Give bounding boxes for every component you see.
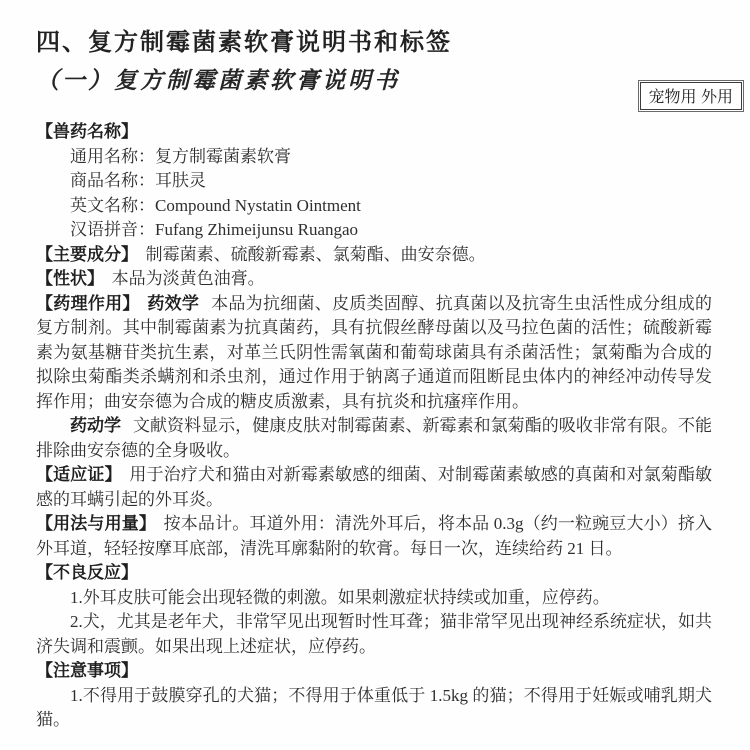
section-label-indications: 【适应证】 xyxy=(36,465,122,484)
section-label-drug-name: 【兽药名称】 xyxy=(36,122,138,141)
section-label-character: 【性状】 xyxy=(36,269,104,288)
drug-name-trade: 商品名称：耳肤灵 xyxy=(36,169,712,194)
section-label-adverse: 【不良反应】 xyxy=(36,563,138,582)
section-label-pharmacology: 【药理作用】 xyxy=(36,294,140,313)
indications-text: 用于治疗犬和猫由对新霉素敏感的细菌、对制霉菌素敏感的真菌和对氯菊酯敏感的耳螨引起… xyxy=(36,465,712,509)
section-pharmacology: 【药理作用】药效学本品为抗细菌、皮质类固醇、抗真菌以及抗寄生虫活性成分组成的复方… xyxy=(36,292,712,415)
section-label-precautions: 【注意事项】 xyxy=(36,661,138,680)
document-page: 四、复方制霉菌素软膏说明书和标签 （一）复方制霉菌素软膏说明书 宠物用 外用 【… xyxy=(0,0,750,750)
pharmacokinetics-label: 药动学 xyxy=(70,416,121,435)
subsection-title: （一）复方制霉菌素软膏说明书 xyxy=(36,64,712,98)
drug-name-pinyin: 汉语拼音：Fufang Zhimeijunsu Ruangao xyxy=(36,218,712,243)
document-body: 【兽药名称】 通用名称：复方制霉菌素软膏 商品名称：耳肤灵 英文名称：Compo… xyxy=(36,120,712,733)
section-precautions: 【注意事项】 xyxy=(36,659,712,684)
page-title: 四、复方制霉菌素软膏说明书和标签 xyxy=(36,26,712,60)
section-label-dosage: 【用法与用量】 xyxy=(36,514,156,533)
section-dosage: 【用法与用量】按本品计。耳道外用：清洗外耳后，将本品 0.3g（约一粒豌豆大小）… xyxy=(36,512,712,561)
section-adverse-reactions: 【不良反应】 xyxy=(36,561,712,586)
ingredients-text: 制霉菌素、硫酸新霉素、氯菊酯、曲安奈德。 xyxy=(146,245,486,264)
pharmacokinetics-text: 文献资料显示，健康皮肤对制霉菌素、新霉素和氯菊酯的吸收非常有限。不能排除曲安奈德… xyxy=(36,416,712,460)
drug-name-english: 英文名称：Compound Nystatin Ointment xyxy=(36,194,712,219)
usage-badge: 宠物用 外用 xyxy=(640,82,742,110)
section-character: 【性状】本品为淡黄色油膏。 xyxy=(36,267,712,292)
adverse-item-1: 1.外耳皮肤可能会出现轻微的刺激。如果刺激症状持续或加重，应停药。 xyxy=(36,586,712,611)
adverse-item-2: 2.犬，尤其是老年犬，非常罕见出现暂时性耳聋；猫非常罕见出现神经系统症状，如共济… xyxy=(36,610,712,659)
pharmacodynamics-label: 药效学 xyxy=(147,294,199,313)
drug-name-generic: 通用名称：复方制霉菌素软膏 xyxy=(36,145,712,170)
section-ingredients: 【主要成分】制霉菌素、硫酸新霉素、氯菊酯、曲安奈德。 xyxy=(36,243,712,268)
section-indications: 【适应证】用于治疗犬和猫由对新霉素敏感的细菌、对制霉菌素敏感的真菌和对氯菊酯敏感… xyxy=(36,463,712,512)
character-text: 本品为淡黄色油膏。 xyxy=(112,269,265,288)
section-drug-name: 【兽药名称】 xyxy=(36,120,712,145)
section-label-ingredients: 【主要成分】 xyxy=(36,245,138,264)
precaution-item-1: 1.不得用于鼓膜穿孔的犬猫；不得用于体重低于 1.5kg 的猫；不得用于妊娠或哺… xyxy=(36,684,712,733)
pharmacokinetics-paragraph: 药动学文献资料显示，健康皮肤对制霉菌素、新霉素和氯菊酯的吸收非常有限。不能排除曲… xyxy=(36,414,712,463)
